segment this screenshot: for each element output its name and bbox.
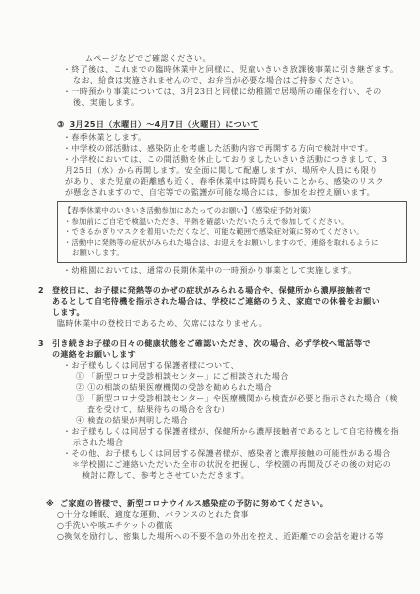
section-3-heading-line: の連絡をお願いします (52, 349, 407, 360)
reminder-item: ○十分な睡眠、適度な運動、バランスのとれた食事 (57, 509, 407, 520)
bullet-line: 月25日（水）から再開します。安全面に関して配慮しますが、場所や人員にも限り (65, 165, 407, 176)
reminder-heading-line: ※ご家庭の皆様で、新型コロナウイルス感染症の予防に努めてください。 (46, 498, 407, 509)
section-3: 3引き続きお子様の日々の健康状態をご確認いただき、次の場合、必ず学校へ電話等で … (38, 338, 407, 360)
intro-line: ・一時預かり事業については、3月23日と同様に幼稚園で居場所の確保を行い、その (63, 86, 407, 97)
section-dates-body: ・春季休業とします。 ・中学校の部活動は、感染防止を考慮した活動内容で再開する方… (38, 132, 407, 276)
intro-block: ムページなどでご確認ください。 ・終了後は、これまでの臨時休業中と同様に、児童い… (38, 53, 407, 108)
notice-box-title: 【春季休業中のいきいき活動参加にあたってのお願い】（感染症予防対策） (64, 206, 401, 217)
notice-box-line: ・活動中に発熱等の症状がみられた場合は、お迎えをお願いしますので、連絡を取れるよ… (64, 238, 401, 249)
circled-3-marker: ③ (57, 119, 65, 129)
section-3-item: ④ 検査の結果が判明した場合 (76, 415, 407, 426)
notice-box-line: ・できるかぎりマスクを着用いただくなど、可能な範囲で感染症対策に努めてください。 (64, 227, 401, 238)
bullet-line: ・春季休業とします。 (63, 132, 407, 143)
section-3-item: ・その他、お子様もしくは同居する保護者様が、感染者と濃厚接触の可能性がある場合 (63, 448, 407, 459)
intro-line: ・終了後は、これまでの臨時休業中と同様に、児童いきいき放課後事業に引き継ぎます。 (63, 64, 407, 75)
section-3-number: 3 (38, 338, 52, 349)
section-3-item: ② ①の相談の結果医療機関の受診を勧められた場合 (76, 382, 407, 393)
section-2-heading-line: 2登校日に、お子様に発熱等のかぜの症状がみられる場合や、保健所から濃厚接触者で (38, 285, 407, 296)
kindergarten-line: ・幼稚園においては、通常の長期休業中の一時預かり事業として実施します。 (63, 265, 407, 276)
section-3-item: ＊学校園にご連絡いただいた全市の状況を把握し、学校園の再開及びその後の対応の (72, 459, 407, 470)
section-dates-heading-text: 3月25日（水曜日）～4月7日（火曜日）について (70, 120, 259, 129)
bullet-line: ・中学校の部活動は、感染防止を考慮した活動内容で再開する方向で検討中です。 (63, 143, 407, 154)
section-2-number: 2 (38, 285, 52, 296)
section-3-item: 検討に際して、参考とさせていただきます。 (82, 470, 407, 481)
section-3-item: 示された場合 (73, 437, 407, 448)
intro-line: 後、実施します。 (73, 97, 407, 108)
section-3-item: ・お子様もしくは同居する保護者様が、保健所から濃厚接触者であるとして自宅待機を指 (63, 426, 407, 437)
section-2-heading-text: 登校日に、お子様に発熱等のかぜの症状がみられる場合や、保健所から濃厚接触者で (52, 285, 371, 296)
section-2-heading-line: あるとして自宅待機を指示された場合は、学校にご連絡のうえ、家庭での休養をお願い (52, 296, 407, 307)
section-3-item: ・お子様もしくは同居する保護者様について、 (63, 360, 407, 371)
section-3-heading-text: 引き続きお子様の日々の健康状態をご確認いただき、次の場合、必ず学校へ電話等で (52, 338, 371, 349)
notice-box-line: ・参加前にご自宅で検温いただき、平熱を確認いただいたうえで参加してください。 (64, 217, 401, 228)
notice-box-line: お願いします。 (72, 248, 401, 259)
section-3-item: 査を受けて、結果待ちの場合を含む） (87, 404, 407, 415)
bullet-line: があり、また児童の距離感も近く、春季休業中は時間も長いことから、感染のリスク (65, 176, 407, 187)
section-3-heading-line: 3引き続きお子様の日々の健康状態をご確認いただき、次の場合、必ず学校へ電話等で (38, 338, 407, 349)
section-2-note: 臨時休業中の登校日であるため、欠席にはなりません。 (57, 318, 407, 329)
section-3-item: ③ 「新型コロナ受診相談センター」や医療機関から検査が必要と指示された場合（検 (76, 393, 407, 404)
reminder-section: ※ご家庭の皆様で、新型コロナウイルス感染症の予防に努めてください。 ○十分な睡眠… (38, 498, 407, 542)
reminder-item: ○手洗いや咳エチケットの徹底 (57, 520, 407, 531)
bullet-line: が懸念されますので、自宅等での監護が可能な場合には、参加をお控え願います。 (65, 187, 407, 198)
reminder-heading-text: ご家庭の皆様で、新型コロナウイルス感染症の予防に努めてください。 (60, 498, 328, 509)
reference-mark: ※ (46, 498, 60, 509)
bullet-line: ・小学校においては、この間活動を休止しておりましたいきいき活動につきまして、3 (63, 154, 407, 165)
intro-line: ムページなどでご確認ください。 (85, 53, 407, 64)
notice-box: 【春季休業中のいきいき活動参加にあたってのお願い】（感染症予防対策） ・参加前に… (57, 201, 407, 263)
scanned-document-page: ムページなどでご確認ください。 ・終了後は、これまでの臨時休業中と同様に、児童い… (0, 0, 420, 594)
section-3-item: ① 「新型コロナ受診相談センター」にご相談された場合 (76, 371, 407, 382)
reminder-items: ○十分な睡眠、適度な運動、バランスのとれた食事 ○手洗いや咳エチケットの徹底 ○… (57, 509, 407, 542)
section-dates-heading: ③3月25日（水曜日）～4月7日（火曜日）について (57, 119, 407, 130)
section-2-heading-line: します。 (52, 307, 407, 318)
intro-line: なお、給食は実施されませんので、お弁当が必要な場合はご持参ください。 (73, 75, 407, 86)
reminder-item: ○換気を励行し、密集した場所への不要不急の外出を控え、近距離での会話を避ける等 (57, 531, 407, 542)
section-2: 2登校日に、お子様に発熱等のかぜの症状がみられる場合や、保健所から濃厚接触者で … (38, 285, 407, 318)
section-3-body: ・お子様もしくは同居する保護者様について、 ① 「新型コロナ受診相談センター」に… (38, 360, 407, 481)
